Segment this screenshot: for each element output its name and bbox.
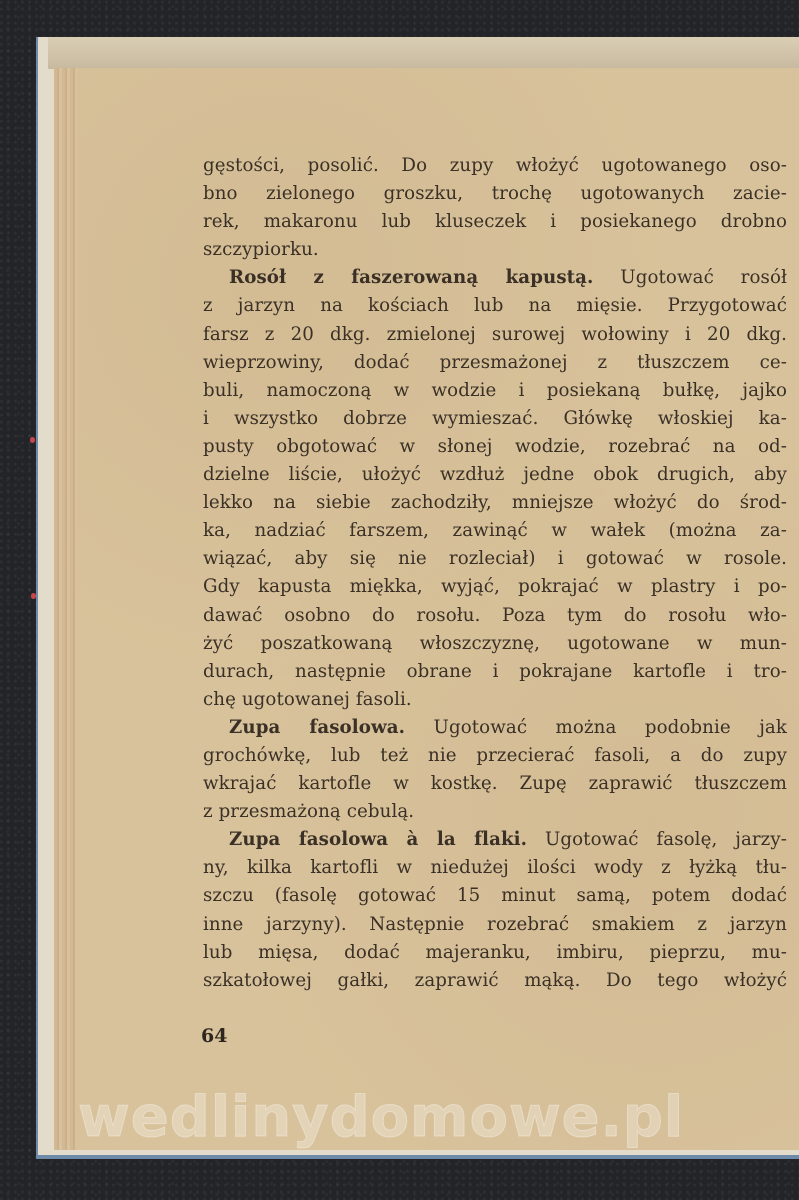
text-line: rek, makaronu lub kluseczek i posiekaneg… — [203, 208, 787, 236]
text-line: Gdy kapusta miękka, wyjąć, pokrajać w pl… — [203, 573, 787, 601]
recipe-heading-line: Zupa fasolowa à la flaki. Ugotować fasol… — [203, 826, 787, 854]
page-number: 64 — [201, 1025, 227, 1047]
body-text: gęstości, posolić. Do zupy włożyć ugotow… — [203, 152, 787, 995]
text-line: gęstości, posolić. Do zupy włożyć ugotow… — [203, 152, 787, 180]
red-mark — [30, 437, 35, 443]
text-line: szkatołowej gałki, zaprawić mąką. Do teg… — [203, 967, 787, 995]
text-line: pusty obgotować w słonej wodzie, rozebra… — [203, 433, 787, 461]
text-line: farsz z 20 dkg. zmielonej surowej wołowi… — [203, 321, 787, 349]
page-edges — [54, 68, 78, 1150]
text-line: z jarzyn na kościach lub na mięsie. Przy… — [203, 292, 787, 320]
text-line: szczypiorku. — [203, 236, 787, 264]
text-line: buli, namoczoną w wodzie i posiekaną buł… — [203, 377, 787, 405]
text-line: dzielne liście, ułożyć wzdłuż jedne obok… — [203, 461, 787, 489]
recipe-heading-line: Zupa fasolowa. Ugotować można podobnie j… — [203, 714, 787, 742]
text-line: i wszystko dobrze wymieszać. Główkę włos… — [203, 405, 787, 433]
recipe-heading-line: Rosół z faszerowaną kapustą. Ugotować ro… — [203, 264, 787, 292]
text-line: żyć poszatkowaną włoszczyznę, ugotowane … — [203, 630, 787, 658]
text-line: wiązać, aby się nie rozleciał) i gotować… — [203, 545, 787, 573]
text-line: z przesmażoną cebulą. — [203, 798, 787, 826]
recipe-title: Rosół z faszerowaną kapustą. — [229, 267, 594, 288]
text-line: grochówkę, lub też nie przecierać fasoli… — [203, 742, 787, 770]
text-line: bno zielonego groszku, trochę ugotowanyc… — [203, 180, 787, 208]
text-line: chę ugotowanej fasoli. — [203, 686, 787, 714]
recipe-title: Zupa fasolowa à la flaki. — [229, 829, 527, 850]
text-line: wieprzowiny, dodać przesmażonej z tłuszc… — [203, 349, 787, 377]
text-line: inne jarzyny). Następnie rozebrać smakie… — [203, 911, 787, 939]
text-line: lekko na siebie zachodziły, mniejsze wło… — [203, 489, 787, 517]
cover-tape — [48, 37, 799, 69]
red-mark — [31, 593, 36, 599]
text-line: ka, nadziać farszem, zawinąć w wałek (mo… — [203, 517, 787, 545]
text-line: szczu (fasolę gotować 15 minut samą, pot… — [203, 882, 787, 910]
text-line: lub mięsa, dodać majeranku, imbiru, piep… — [203, 939, 787, 967]
text-line: dawać osobno do rosołu. Poza tym do roso… — [203, 602, 787, 630]
watermark: wedlinydomowe.pl — [78, 1085, 718, 1150]
recipe-title: Zupa fasolowa. — [229, 717, 405, 738]
text-line: ny, kilka kartofli w niedużej ilości wod… — [203, 854, 787, 882]
text-line: wkrajać kartofle w kostkę. Zupę zaprawić… — [203, 770, 787, 798]
text-line: durach, następnie obrane i pokrajane kar… — [203, 658, 787, 686]
